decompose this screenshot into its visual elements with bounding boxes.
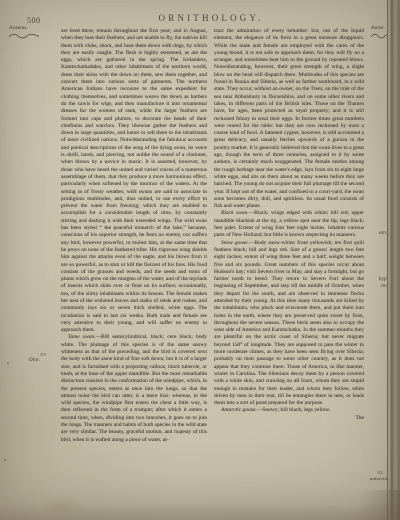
margin-ref-antarctica: 322 <box>377 471 383 475</box>
margin-flourish-icon <box>8 33 40 39</box>
paper-speck <box>7 362 9 364</box>
paragraph-snow-goose: Snow goose.—Body snow-white; front yello… <box>214 240 364 408</box>
margin-note-anser: Anser. <box>371 26 385 31</box>
paragraph-continuation: tract the admiration of every beholder: … <box>214 28 364 210</box>
species-text-snow-goose: —Body snow-white; front yellowish; ten f… <box>214 240 364 407</box>
paragraph-continuation: are bred there, remain throughout the fi… <box>61 28 207 334</box>
species-text-antarctic-goose: —Snowy; bill black; legs yellow. <box>257 407 330 413</box>
species-lead-antarctic-goose: Antarctic goose. <box>221 407 257 413</box>
margin-note-olor: Olor. <box>29 358 40 363</box>
scanned-book-page: 500 ORNITHOLOGY. Anseres. 319 Olor. Anse… <box>0 0 400 520</box>
paragraph-black-swan: Black swan.—Black; wings edged with whit… <box>214 210 364 239</box>
paper-speck <box>4 459 6 461</box>
paragraph-tame-swan: Tame swan.—Bill semicylindrical, black; … <box>61 334 207 443</box>
left-column: are bred there, remain throughout the fi… <box>61 28 207 444</box>
paragraph-antarctic-goose: Antarctic goose.—Snowy; bill black; legs… <box>214 407 364 414</box>
page-number: 500 <box>27 16 41 25</box>
right-column: tract the admiration of every beholder: … <box>214 28 364 422</box>
species-text-tame-swan: —Bill semicylindrical, black; cere black… <box>61 334 207 442</box>
margin-note-anseres: Anseres. <box>9 26 28 31</box>
catchword: The <box>214 415 364 422</box>
running-head: ORNITHOLOGY. <box>58 13 364 23</box>
margin-ref-olor: 319 <box>40 353 46 357</box>
paper-stain <box>40 496 86 516</box>
species-lead-snow-goose: Snow goose. <box>221 240 249 246</box>
species-lead-tame-swan: Tame swan. <box>68 334 96 340</box>
book-page-edge <box>387 0 400 520</box>
species-lead-black-swan: Black swan. <box>221 210 249 216</box>
